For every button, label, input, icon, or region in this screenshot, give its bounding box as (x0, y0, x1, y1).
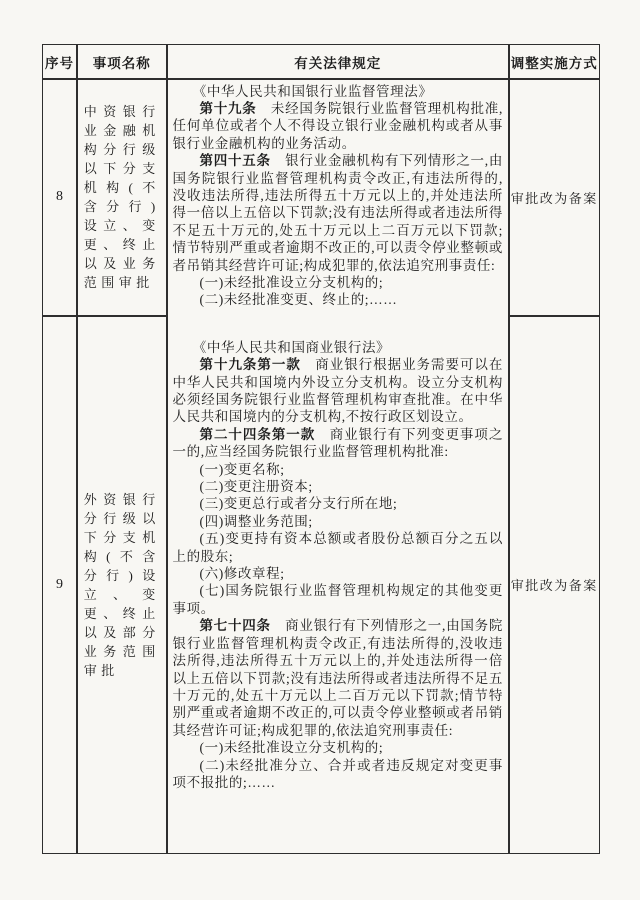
adjustment-cell: 审批改为备案 (510, 317, 600, 854)
legal-paragraph: 第七十四条 商业银行有下列情形之一,由国务院银行业监督管理机构责令改正,有违法所… (173, 617, 504, 739)
adjustment-cell: 审批改为备案 (510, 80, 600, 316)
legal-paragraph: (四)调整业务范围; (173, 513, 504, 530)
regulation-table: 序号 事项名称 有关法律规定 调整实施方式 8 中资银行业金融机构分行级以下分支… (42, 44, 600, 854)
header-cell-adjustment-method: 调整实施方式 (510, 45, 600, 78)
legal-paragraph: (二)未经批准分立、合并或者违反规定对变更事项不报批的;…… (173, 757, 504, 792)
item-name-cell: 外资银行分行级以下分支机构(不含分行)设立、变更、终止以及部分业务范围审批 (78, 317, 167, 854)
header-cell-legal-provisions: 有关法律规定 (168, 45, 509, 78)
legal-paragraph: (六)修改章程; (173, 565, 504, 582)
legal-paragraph: (一)未经批准设立分支机构的; (173, 274, 504, 291)
item-name-text: 外资银行分行级以下分支机构(不含分行)设立、变更、终止以及部分业务范围审批 (84, 490, 160, 680)
legal-paragraph: 第十九条第一款 商业银行根据业务需要可以在中华人民共和国境内外设立分支机构。设立… (173, 356, 504, 426)
legal-paragraph: (一)未经批准设立分支机构的; (173, 739, 504, 756)
header-cell-item-name: 事项名称 (78, 45, 167, 78)
item-name-cell: 中资银行业金融机构分行级以下分支机构(不含分行)设立、变更、终止以及业务范围审批 (78, 80, 167, 316)
legal-text-gap (173, 309, 504, 339)
legal-paragraph: (一)变更名称; (173, 461, 504, 478)
legal-paragraph: 第二十四条第一款 商业银行有下列变更事项之一的,应当经国务院银行业监督管理机构批… (173, 426, 504, 461)
legal-text-column: 《中华人民共和国银行业监督管理法》第十九条 未经国务院银行业监督管理机构批准,任… (168, 80, 509, 854)
legal-paragraph: (二)未经批准变更、终止的;…… (173, 291, 504, 308)
legal-text-row9: 《中华人民共和国商业银行法》第十九条第一款 商业银行根据业务需要可以在中华人民共… (173, 339, 504, 792)
legal-paragraph: 《中华人民共和国银行业监督管理法》 (173, 83, 504, 100)
legal-paragraph: (二)变更注册资本; (173, 478, 504, 495)
row-number: 9 (43, 317, 76, 854)
legal-paragraph: (七)国务院银行业监督管理机构规定的其他变更事项。 (173, 582, 504, 617)
legal-paragraph: (五)变更持有资本总额或者股份总额百分之五以上的股东; (173, 530, 504, 565)
scanned-document-page: 序号 事项名称 有关法律规定 调整实施方式 8 中资银行业金融机构分行级以下分支… (0, 0, 640, 900)
item-name-text: 中资银行业金融机构分行级以下分支机构(不含分行)设立、变更、终止以及业务范围审批 (84, 102, 160, 292)
legal-text-row8: 《中华人民共和国银行业监督管理法》第十九条 未经国务院银行业监督管理机构批准,任… (173, 83, 504, 309)
legal-paragraph: 《中华人民共和国商业银行法》 (173, 339, 504, 356)
legal-paragraph: 第十九条 未经国务院银行业监督管理机构批准,任何单位或者个人不得设立银行业金融机… (173, 100, 504, 152)
row-number: 8 (43, 80, 76, 316)
legal-paragraph: (三)变更总行或者分支行所在地; (173, 495, 504, 512)
legal-paragraph: 第四十五条 银行业金融机构有下列情形之一,由国务院银行业监督管理机构责令改正,有… (173, 152, 504, 274)
header-cell-number: 序号 (43, 45, 76, 78)
